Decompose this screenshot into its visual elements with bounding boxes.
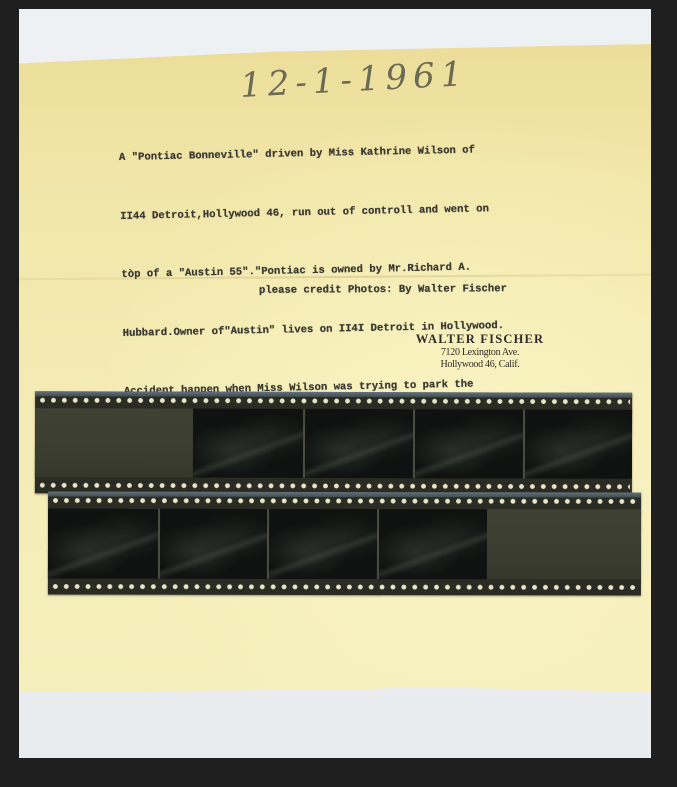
caption-line: II44 Detroit,Hollywood 46, run out of co… bbox=[120, 197, 600, 227]
caption-line: A "Pontiac Bonneville" driven by Miss Ka… bbox=[119, 139, 599, 169]
film-frame-negative bbox=[523, 409, 632, 478]
film-frame-blank bbox=[487, 509, 641, 579]
sprocket-holes-bottom bbox=[50, 583, 639, 590]
film-frame-negative bbox=[303, 409, 413, 478]
photo-credit-line: please credit Photos: By Walter Fischer bbox=[259, 283, 507, 297]
film-frame-negative bbox=[48, 508, 158, 578]
sprocket-holes-bottom bbox=[37, 482, 630, 490]
film-frame-negative bbox=[193, 409, 303, 478]
stamp-name: WALTER FISCHER bbox=[405, 332, 555, 347]
film-frame-negative bbox=[267, 509, 377, 579]
film-frame-negative bbox=[413, 409, 523, 478]
caption-line: tòp of a "Austin 55"."Pontiac is owned b… bbox=[121, 256, 601, 286]
film-strip-2 bbox=[48, 491, 641, 595]
stamp-address-line2: Hollywood 46, Calif. bbox=[405, 359, 555, 371]
film-frame-blank bbox=[35, 408, 193, 477]
film-strip-1 bbox=[35, 391, 632, 495]
film-frames bbox=[48, 508, 641, 579]
stamp-address-line1: 7120 Lexington Ave. bbox=[405, 347, 555, 359]
film-frames bbox=[35, 408, 632, 479]
sprocket-holes-top bbox=[37, 397, 630, 405]
film-frame-negative bbox=[158, 509, 268, 579]
film-frame-negative bbox=[377, 509, 487, 579]
sprocket-holes-top bbox=[50, 497, 639, 504]
photographer-stamp: WALTER FISCHER 7120 Lexington Ave. Holly… bbox=[405, 332, 555, 371]
